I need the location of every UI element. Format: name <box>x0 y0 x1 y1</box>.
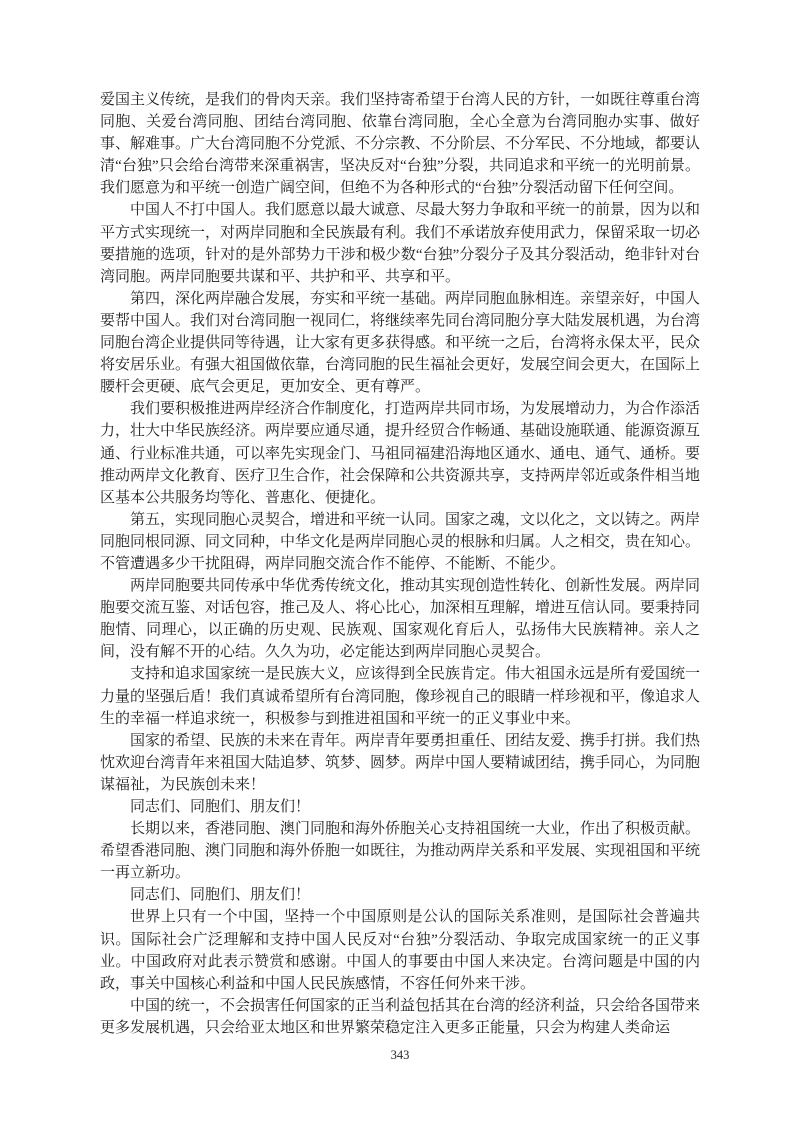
paragraph: 两岸同胞要共同传承中华优秀传统文化，推动其实现创造性转化、创新性发展。两岸同胞要… <box>100 575 700 663</box>
paragraph: 国家的希望、民族的未来在青年。两岸青年要勇担重任、团结友爱、携手打拼。我们热忱欢… <box>100 730 700 796</box>
paragraph: 中国的统一，不会损害任何国家的正当利益包括其在台湾的经济利益，只会给各国带来更多… <box>100 995 700 1039</box>
document-page: 爱国主义传统，是我们的骨肉天亲。我们坚持寄希望于台湾人民的方针，一如既往尊重台湾… <box>0 0 800 1133</box>
paragraph: 第四，深化两岸融合发展，夯实和平统一基础。两岸同胞血脉相连。亲望亲好，中国人要帮… <box>100 288 700 398</box>
paragraph: 支持和追求国家统一是民族大义，应该得到全民族肯定。伟大祖国永远是所有爱国统一力量… <box>100 663 700 729</box>
paragraph: 中国人不打中国人。我们愿意以最大诚意、尽最大努力争取和平统一的前景，因为以和平方… <box>100 199 700 287</box>
paragraph: 同志们、同胞们、朋友们！ <box>100 796 700 818</box>
paragraph: 第五，实现同胞心灵契合，增进和平统一认同。国家之魂，文以化之，文以铸之。两岸同胞… <box>100 509 700 575</box>
text-block: 爱国主义传统，是我们的骨肉天亲。我们坚持寄希望于台湾人民的方针，一如既往尊重台湾… <box>100 89 700 1039</box>
paragraph: 爱国主义传统，是我们的骨肉天亲。我们坚持寄希望于台湾人民的方针，一如既往尊重台湾… <box>100 89 700 199</box>
paragraph: 我们要积极推进两岸经济合作制度化，打造两岸共同市场，为发展增动力，为合作添活力，… <box>100 398 700 508</box>
paragraph: 同志们、同胞们、朋友们！ <box>100 884 700 906</box>
page-number: 343 <box>0 1048 800 1063</box>
paragraph: 长期以来，香港同胞、澳门同胞和海外侨胞关心支持祖国统一大业，作出了积极贡献。希望… <box>100 818 700 884</box>
paragraph: 世界上只有一个中国，坚持一个中国原则是公认的国际关系准则，是国际社会普遍共识。国… <box>100 906 700 994</box>
